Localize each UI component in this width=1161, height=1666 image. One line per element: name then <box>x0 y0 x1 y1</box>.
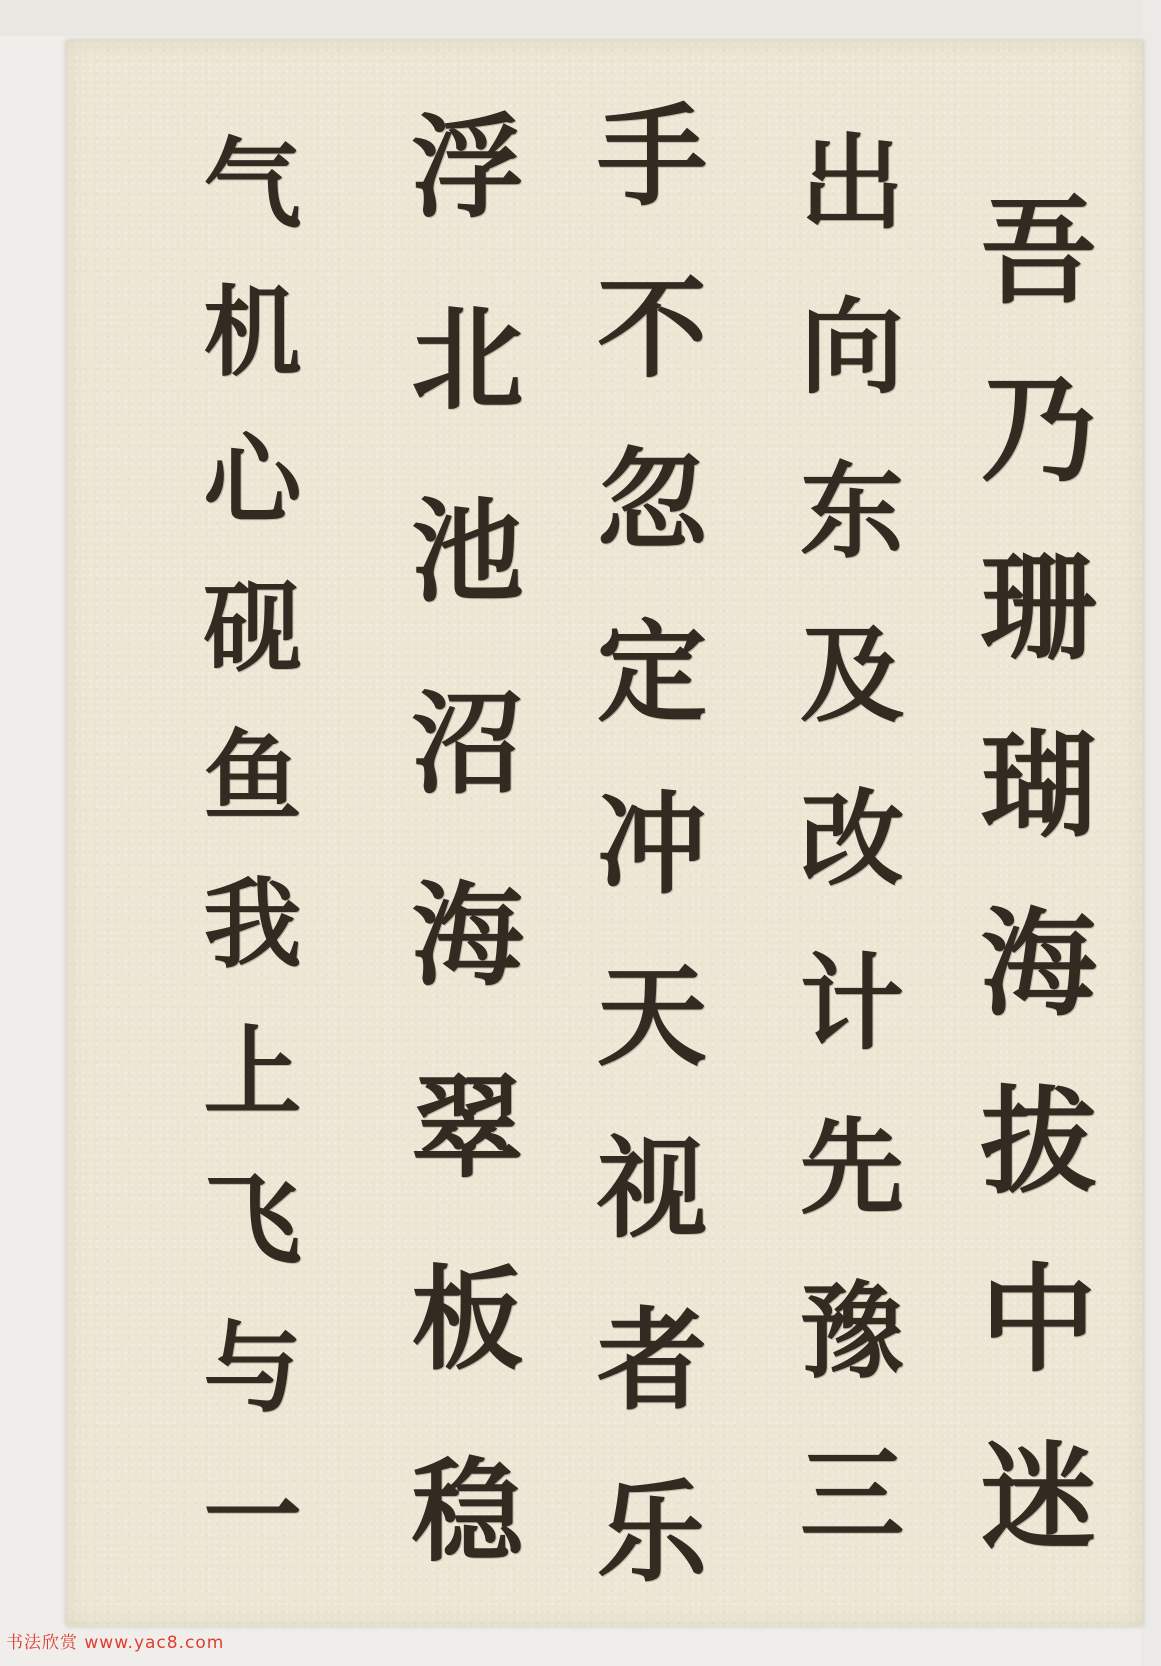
calligraphy-column-5: 气机心砚鱼我上飞与一 <box>174 132 315 1612</box>
calligraphy-column-1: 吾乃珊瑚海拔中迷 <box>946 190 1113 1614</box>
calligraphy-column-4: 浮北池沼海翠板稳 <box>378 108 539 1644</box>
calligraphy-column-2: 出向东及改计先豫三 <box>768 128 918 1604</box>
site-watermark: 书法欣赏 www.yac8.com <box>6 1628 224 1653</box>
calligraphy-sheet: 吾乃珊瑚海拔中迷 出向东及改计先豫三 手不忽定冲天视者乐 浮北池沼海翠板稳 气机… <box>66 40 1143 1626</box>
photo-mount-right-band <box>1141 0 1161 1666</box>
photo-mount-top-band <box>0 0 1161 36</box>
calligraphy-column-3: 手不忽定冲天视者乐 <box>564 98 722 1646</box>
